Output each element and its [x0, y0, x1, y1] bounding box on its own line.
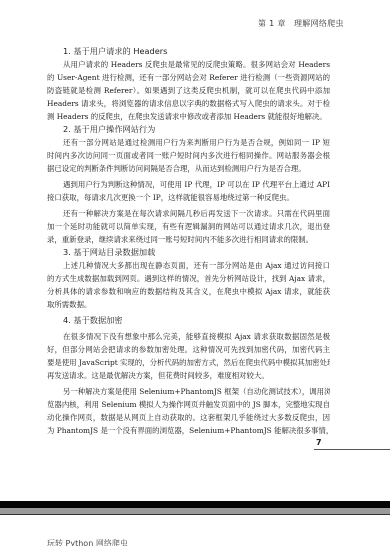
text-line: 取所需数据。 [47, 298, 330, 311]
text-line: 上述几种情况大多都出现在静态页面，还有一部分网站是由 Ajax 通过访问接口 [47, 259, 330, 272]
page-body: 1. 基于用户请求的 Headers 从用户请求的 Headers 反爬虫是最常… [47, 45, 330, 437]
text-line: 测 Headers 的反爬虫，在爬虫发送请求中修改或者添加 Headers 就能… [47, 110, 330, 123]
text-line: 为 PhantomJS 是一个没有界面的浏览器，Selenium+Phantom… [47, 424, 330, 437]
text-line: 分析具体的请求参数和响应的数据结构及其含义，在爬虫中模拟 Ajax 请求，就能获 [47, 285, 330, 298]
page-separator-shadow [0, 508, 390, 515]
text-line: 动化操作网页，数据是从网页上自动获取的。这套框架几乎能绕过大多数反爬虫，因 [47, 411, 330, 424]
paragraph: 另一种解决方案是使用 Selenium+PhantomJS 框架（自动化测试技术… [47, 385, 330, 437]
paragraph: 从用户请求的 Headers 反爬虫是最常见的反爬虫策略。很多网站会对 Head… [47, 58, 330, 123]
text-line: 好，但部分网站会把请求的参数加密处理。这种情况可先找到加密代码，加密代码主 [47, 343, 330, 356]
text-line: 要是使用 JavaScript 实现的，分析代码的加密方式，然后在爬虫代码中模拟… [47, 356, 330, 369]
text-line: 览器内核，利用 Selenium 模拟人为操作网页并触发页面中的 JS 脚本，完… [47, 398, 330, 411]
text-line: 接口获取，每请求几次更换一个 IP，这样就能很容易地绕过第一种反爬虫。 [47, 191, 330, 204]
text-line: 遇到用户行为判断这种情况，可使用 IP 代理，IP 可以在 IP 代理平台上通过… [47, 178, 330, 191]
text-line: 从用户请求的 Headers 反爬虫是最常见的反爬虫策略。很多网站会对 Head… [47, 58, 330, 71]
paragraph: 还有一种解决方案是在每次请求间隔几秒后再发送下一次请求。只需在代码里面 加一个延… [47, 207, 330, 246]
text-line: 防盗链就是检测 Referer）。如果遇到了这类反爬虫机制，就可以在爬虫代码中添… [47, 84, 330, 97]
text-line: 的方式生成数据加载到网页。遇到这样的情况，首先分析网站设计，找到 Ajax 请求… [47, 272, 330, 285]
section-heading: 3. 基于网站目录数据加载 [63, 246, 330, 259]
section-heading: 1. 基于用户请求的 Headers [63, 45, 330, 58]
paragraph: 遇到用户行为判断这种情况，可使用 IP 代理，IP 可以在 IP 代理平台上通过… [47, 178, 330, 204]
section-heading: 4. 基于数据加密 [63, 314, 330, 327]
page-number: 7 [314, 437, 390, 450]
text-line: 还有一种解决方案是在每次请求间隔几秒后再发送下一次请求。只需在代码里面 [47, 207, 330, 220]
text-line: 录，重新登录，继续请求来绕过同一账号短时间内不能多次进行相同请求的限制。 [47, 233, 330, 246]
section-heading: 2. 基于用户操作网站行为 [63, 123, 330, 136]
running-head: 第 1 章 理解网络爬虫 [258, 18, 344, 29]
text-line: 时间内多次访问同一页面或者同一账户短时间内多次进行相同操作。网站服务器会根 [47, 149, 330, 162]
text-line: 加一个延时功能就可以简单实现，有些有逻辑漏洞的网站可以通过请求几次，退出登 [47, 220, 330, 233]
text-line: 在很多情况下没有想象中那么完美，能够直接模拟 Ajax 请求获取数据固然是极 [47, 330, 330, 343]
text-line: 据已设定的判断条件判断访问间隔是否合理，从而达到检测用户行为是否合理。 [47, 162, 330, 175]
text-line: 另一种解决方案是使用 Selenium+PhantomJS 框架（自动化测试技术… [47, 385, 330, 398]
page-separator [0, 501, 390, 508]
paragraph: 在很多情况下没有想象中那么完美，能够直接模拟 Ajax 请求获取数据固然是极 好… [47, 330, 330, 382]
text-line: 的 User-Agent 进行检测，还有一部分网站会对 Referer 进行检测… [47, 71, 330, 84]
text-line: 还有一部分网站是通过检测用户行为来判断用户行为是否合规，例如同一 IP 短 [47, 136, 330, 149]
paragraph: 还有一部分网站是通过检测用户行为来判断用户行为是否合规，例如同一 IP 短 时间… [47, 136, 330, 175]
paragraph: 上述几种情况大多都出现在静态页面，还有一部分网站是由 Ajax 通过访问接口 的… [47, 259, 330, 311]
text-line: Headers 请求头，将浏览器的请求信息以字典的数据格式写入爬虫的请求头。对于… [47, 97, 330, 110]
next-page-running-head: 玩转 Python 网络爬虫 [47, 538, 128, 546]
text-line: 再发送请求。这是最优解决方案，但花费时间较多，难度相对较大。 [47, 369, 330, 382]
